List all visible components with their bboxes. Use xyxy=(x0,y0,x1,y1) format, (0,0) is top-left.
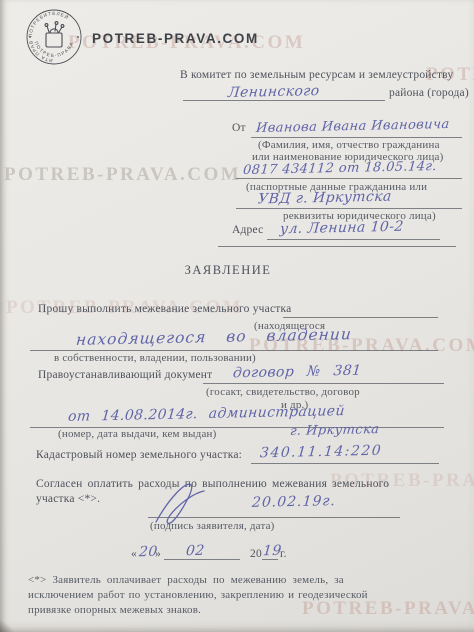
handwritten-signature-flourish xyxy=(152,478,232,531)
payment-line2: участка <*>. xyxy=(36,493,100,505)
cadastral-label: Кадастровый номер земельного участка: xyxy=(36,449,242,461)
date-month-handwritten: 02 xyxy=(185,543,205,559)
date-year-prefix: 20 xyxy=(250,548,262,560)
footnote-line3: привязке опорных межевых знаков. xyxy=(28,604,201,616)
recipient-committee-line: В комитет по земельным ресурсам и землеу… xyxy=(180,69,453,81)
date-day-handwritten: 20 xyxy=(138,544,158,560)
cadastral-handwritten-value: 340.11.14:220 xyxy=(259,443,383,462)
watermark-text: POTREB-PRAVA.COM xyxy=(302,598,474,620)
request-line: Прошу выполнить межевание земельного уча… xyxy=(38,303,291,315)
document-title: ЗАЯВЛЕНИЕ xyxy=(20,263,436,278)
footnote-line1: <*> Заявитель оплачивает расходы по меже… xyxy=(28,574,344,586)
district-handwritten-value: Ленинского xyxy=(227,83,320,101)
footnote-line2: исключением работ по установлению, закре… xyxy=(28,589,368,601)
shopping-bag-icon xyxy=(45,22,64,47)
request-blank-line xyxy=(283,301,438,318)
request-caption-close: в собственности, владении, пользовании) xyxy=(54,352,256,364)
address-handwritten-value: ул. Ленина 10-2 xyxy=(279,219,404,238)
document-type-handwritten: договор № 381 xyxy=(232,363,362,382)
date-open-quote: « xyxy=(131,548,137,560)
scanned-application-document: POTREB-PRAVA.COM POTREB-PRAVA.COM POTREB… xyxy=(0,0,474,632)
name-caption-line1: (Фамилия, имя, отчество гражданина xyxy=(258,139,440,151)
signature-date-handwritten: 20.02.19г. xyxy=(251,493,336,511)
watermark-text: POTREB-PRAVA.COM xyxy=(4,164,241,186)
document-details-caption: (номер, дата выдачи, кем выдан) xyxy=(58,428,216,440)
brand-badge: ЗАЩИТА ПРАВ ПОТРЕБИТЕЛЕЙ ПОТРЕБ-ПРАВА xyxy=(25,8,83,71)
date-year-handwritten: 19 xyxy=(262,543,282,559)
document-caption-line1: (госакт, свидетельство, договор xyxy=(206,386,360,398)
document-details-handwritten-2: г. Иркутска xyxy=(289,422,380,439)
from-label: От xyxy=(232,122,246,134)
district-suffix-label: района (города) xyxy=(389,87,469,99)
document-label: Правоустанавливающий документ xyxy=(38,369,212,381)
issuer-handwritten-value: УВД г. Иркутска xyxy=(257,189,392,208)
site-logo-text: POTREB-PRAVA.COM xyxy=(92,31,259,46)
